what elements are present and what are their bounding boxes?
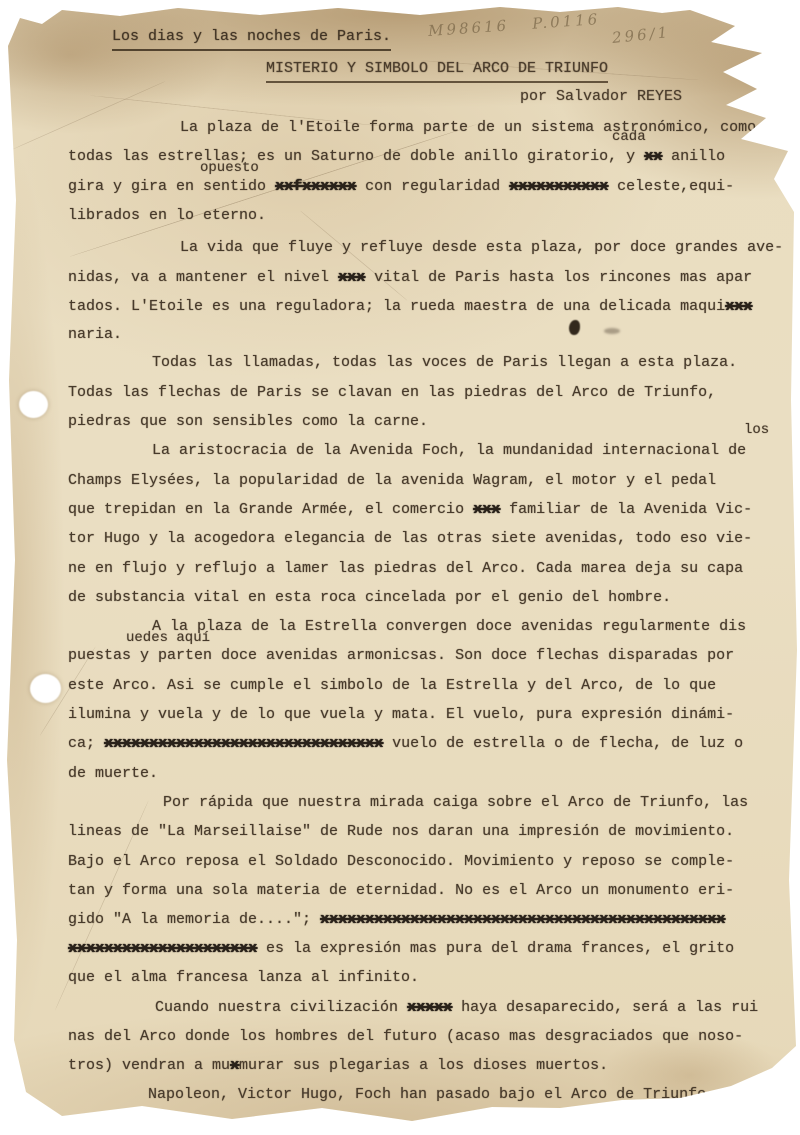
typed-text: La vida que fluye y refluye desde esta p… [180,239,783,256]
typed-text: murar sus plegarias a los dioses muertos… [239,1057,608,1074]
pencil-annotation: M98616 P.0116 [428,10,601,40]
interline-insertion: uedes aquí [126,630,210,646]
typewritten-line: tados. L'Etoile es una reguladora; la ru… [68,299,752,314]
struck-over-text: xxx [338,269,365,286]
struck-over-text: xxxxxxxxxxxxxxxxxxxxxxxxxxxxxxxxxxxxxxxx… [320,911,725,928]
typewritten-line: puestas y parten doce avenidas armonicsa… [68,648,734,663]
struck-over-text: xxxxx [407,999,452,1016]
typed-text: haya desaparecido, será a las rui [452,999,758,1016]
typewritten-line: xxxxxxxxxxxxxxxxxxxxx es la expresión ma… [68,941,734,956]
struck-over-text: xxxxxxxxxxxxxxxxxxxxx [68,940,257,957]
typed-text: nas del Arco donde los hombres del futur… [68,1028,743,1045]
typewritten-line: tros) vendran a muxmurar sus plegarias a… [68,1058,608,1073]
typed-text: ca; [68,735,104,752]
punch-hole [19,391,48,418]
typewritten-line: Todas las llamadas, todas las voces de P… [152,355,737,370]
typed-text: Napoleon, Victor Hugo, Foch han pasado b… [148,1086,760,1103]
typewritten-line: Napoleon, Victor Hugo, Foch han pasado b… [148,1087,760,1102]
interline-insertion: opuesto [200,160,259,176]
typed-text: librados en lo eterno. [68,207,266,224]
typed-text: A la plaza de la Estrella convergen doce… [152,618,746,635]
typewritten-line: A la plaza de la Estrella convergen doce… [152,619,746,634]
typed-text: que trepidan en la Grande Armée, el come… [68,501,473,518]
typed-text: anillo [662,148,725,165]
typed-text: vuelo de estrella o de flecha, de luz o [383,735,743,752]
typewritten-line: gira y gira en sentido xxfxxxxxx con reg… [68,179,734,194]
byline: por Salvador REYES [520,88,682,105]
typed-text: celeste,equi- [608,178,734,195]
struck-over-text: xxx [473,501,500,518]
document-page: Los dias y las noches de Paris. MISTERIO… [0,0,800,1135]
typed-text: La plaza de l'Etoile forma parte de un s… [180,119,756,136]
typewritten-line: librados en lo eterno. [68,208,266,223]
typed-text: ne en flujo y reflujo a lamer las piedra… [68,560,743,577]
typewritten-line: ilumina y vuela y de lo que vuela y mata… [68,707,734,722]
typed-text: lineas de "La Marseillaise" de Rude nos … [68,823,734,840]
typewritten-line: todas las estrellas; es un Saturno de do… [68,149,725,164]
typewritten-line: de muerte. [68,766,158,781]
typewritten-line: Champs Elysées, la popularidad de la ave… [68,473,716,488]
typewritten-line: Todas las flechas de Paris se clavan en … [68,385,716,400]
typed-text: Todas las llamadas, todas las voces de P… [152,354,737,371]
typed-text: vital de Paris hasta los rincones mas ap… [365,269,752,286]
typed-text: este Arco. Asi se cumple el simbolo de l… [68,677,716,694]
struck-over-text: xxxxxxxxxxx [509,178,608,195]
typed-text: de muerte. [68,765,158,782]
typewritten-line: Por rápida que nuestra mirada caiga sobr… [163,795,748,810]
typewritten-line: lineas de "La Marseillaise" de Rude nos … [68,824,734,839]
typed-text: Por rápida que nuestra mirada caiga sobr… [163,794,748,811]
typewritten-line: nidas, va a mantener el nivel xxx vital … [68,270,752,285]
typewritten-line: La aristocracia de la Avenida Foch, la m… [152,443,746,458]
struck-over-text: xxfxxxxxx [275,178,356,195]
typed-text: Todas las flechas de Paris se clavan en … [68,384,716,401]
typed-text: tros) vendran a mu [68,1057,230,1074]
typed-text: familiar de la Avenida Vic- [500,501,752,518]
typed-text: ilumina y vuela y de lo que vuela y mata… [68,706,734,723]
struck-over-text: xx [644,148,662,165]
typewritten-line: La plaza de l'Etoile forma parte de un s… [180,120,756,135]
typed-text: nidas, va a mantener el nivel [68,269,338,286]
punch-hole [30,674,61,703]
typewritten-line: este Arco. Asi se cumple el simbolo de l… [68,678,716,693]
series-header: Los dias y las noches de Paris. [112,28,391,51]
typewritten-line: que trepidan en la Grande Armée, el come… [68,502,752,517]
typewritten-line: nas del Arco donde los hombres del futur… [68,1029,743,1044]
ink-smudge [604,328,620,334]
typed-text: piedras que son sensibles como la carne. [68,413,428,430]
crease-line [10,81,166,151]
typewritten-line: Cuando nuestra civilización xxxxx haya d… [155,1000,758,1015]
typewritten-line: Bajo el Arco reposa el Soldado Desconoci… [68,854,734,869]
typed-text: naria. [68,326,122,343]
typed-text: Cuando nuestra civilización [155,999,407,1016]
typed-text: Bajo el Arco reposa el Soldado Desconoci… [68,853,734,870]
struck-over-text: xxx [725,298,752,315]
typewritten-line: piedras que son sensibles como la carne. [68,414,428,429]
typewritten-line: de substancia vital en esta roca cincela… [68,590,671,605]
typed-text: La aristocracia de la Avenida Foch, la m… [152,442,746,459]
typewritten-line: gido "A la memoria de...."; xxxxxxxxxxxx… [68,912,725,927]
typed-text: tados. L'Etoile es una reguladora; la ru… [68,298,725,315]
struck-over-text: xxxxxxxxxxxxxxxxxxxxxxxxxxxxxxx [104,735,383,752]
typed-text: tan y forma una sola materia de eternida… [68,882,734,899]
interline-insertion: los [744,422,769,438]
typed-text: puestas y parten doce avenidas armonicsa… [68,647,734,664]
typed-text: de substancia vital en esta roca cincela… [68,589,671,606]
typewritten-line: La vida que fluye y refluye desde esta p… [180,240,783,255]
typed-text: todas las estrellas; es un Saturno de do… [68,148,644,165]
page-title: MISTERIO Y SIMBOLO DEL ARCO DE TRIUNFO [266,60,608,83]
ink-blot [569,320,580,335]
typewritten-line: ca; xxxxxxxxxxxxxxxxxxxxxxxxxxxxxxx vuel… [68,736,743,751]
typed-text: es la expresión mas pura del drama franc… [257,940,734,957]
typewritten-line: naria. [68,327,122,342]
interline-insertion: cada [612,129,646,145]
typed-text: tor Hugo y la acogedora elegancia de las… [68,530,752,547]
typed-text: con regularidad [356,178,509,195]
typewritten-line: tor Hugo y la acogedora elegancia de las… [68,531,752,546]
typed-text: gido "A la memoria de...."; [68,911,320,928]
pencil-annotation: 296/1 [611,23,671,47]
typed-text: gira y gira en sentido [68,178,275,195]
typewritten-line: que el alma francesa lanza al infinito. [68,970,419,985]
typewritten-line: ne en flujo y reflujo a lamer las piedra… [68,561,743,576]
scanned-document: Los dias y las noches de Paris. MISTERIO… [0,0,800,1135]
typewritten-line: tan y forma una sola materia de eternida… [68,883,734,898]
struck-over-text: x [230,1057,239,1074]
typed-text: que el alma francesa lanza al infinito. [68,969,419,986]
typed-text: Champs Elysées, la popularidad de la ave… [68,472,716,489]
